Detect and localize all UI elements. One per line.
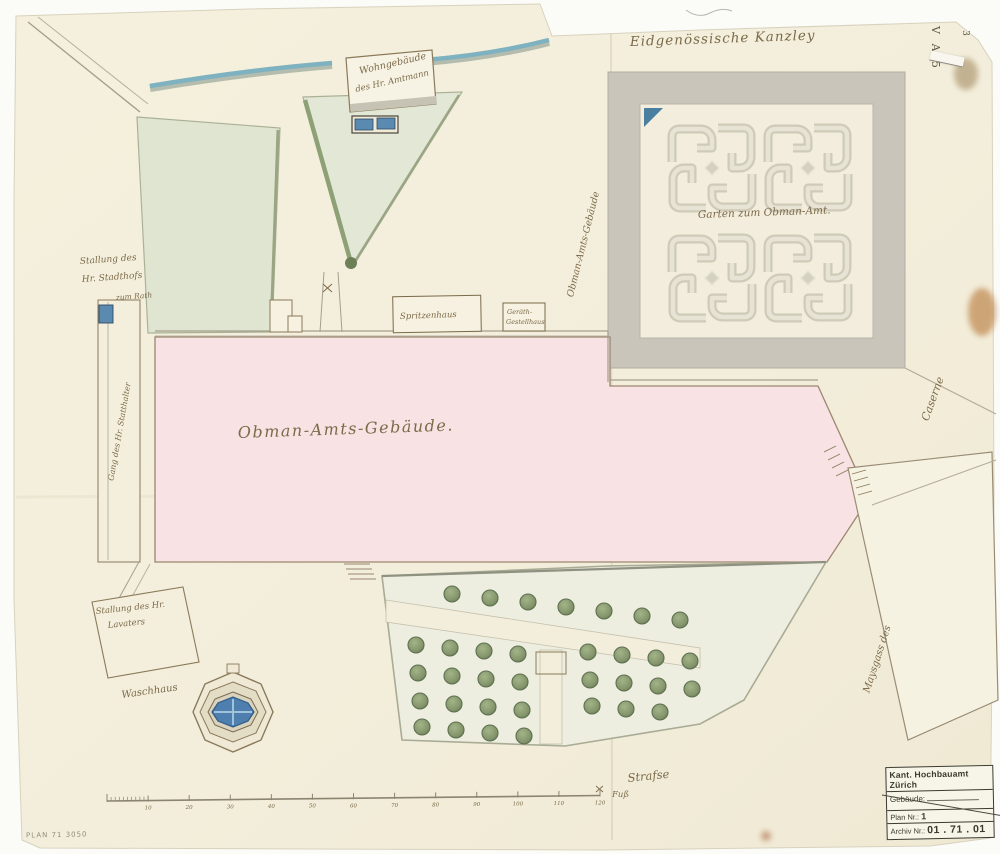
stamp-plan-label: Plan Nr.: xyxy=(890,812,919,822)
tree xyxy=(616,675,632,691)
tree xyxy=(516,728,532,744)
tree xyxy=(684,681,700,697)
archive-stamp: Kant. Hochbauamt Zürich Gebäude: Plan Nr… xyxy=(885,765,995,840)
tree xyxy=(414,719,430,735)
tree xyxy=(478,671,494,687)
tree xyxy=(618,701,634,717)
tree xyxy=(442,640,458,656)
scale-tick-label: 60 xyxy=(350,803,357,809)
stamp-office: Kant. Hochbauamt Zürich xyxy=(886,766,992,792)
tree xyxy=(444,586,460,602)
tree xyxy=(648,650,664,666)
label-geraethaus-line2: Gestellhaus xyxy=(506,318,545,326)
tree xyxy=(412,693,428,709)
tree xyxy=(582,672,598,688)
scale-tick-label: 20 xyxy=(185,805,193,811)
tree xyxy=(448,722,464,738)
scale-tick-label: 110 xyxy=(554,801,565,807)
tree xyxy=(672,612,688,628)
green-parcel-left xyxy=(137,117,280,333)
scale-tick-label: 120 xyxy=(595,801,606,807)
tree xyxy=(514,702,530,718)
tree xyxy=(682,653,698,669)
tree xyxy=(480,699,496,715)
scale-tick-label: 30 xyxy=(227,805,234,811)
stamp-archiv-label: Archiv Nr.: xyxy=(891,826,926,836)
tree xyxy=(558,599,574,615)
scale-tick-label: 10 xyxy=(145,806,152,812)
tree xyxy=(510,646,526,662)
scale-tick-label: 100 xyxy=(513,801,524,807)
tree xyxy=(652,704,668,720)
scale-unit-label: Fuß xyxy=(611,790,629,800)
lavater-stable xyxy=(92,587,199,678)
archive-corner-mark: V A 5 3 xyxy=(936,26,970,74)
scale-tick-label: 40 xyxy=(267,804,275,810)
corridor-water-basin xyxy=(99,305,113,323)
tree xyxy=(580,644,596,660)
tree xyxy=(482,590,498,606)
tree xyxy=(520,594,536,610)
tree xyxy=(634,608,650,624)
stamp-building-blank xyxy=(927,792,979,801)
label-spritzenhaus: Spritzenhaus xyxy=(400,310,458,322)
stain-bottom xyxy=(761,831,771,841)
pencil-inventory-note: PLAN 71 3050 xyxy=(26,830,88,839)
tree xyxy=(482,725,498,741)
tree xyxy=(596,603,612,619)
tree xyxy=(446,696,462,712)
stamp-building-label: Gebäude: xyxy=(890,794,925,804)
pencil-squiggle xyxy=(686,9,732,15)
tree xyxy=(650,678,666,694)
stain-right-edge xyxy=(968,288,996,336)
tree xyxy=(476,643,492,659)
tree xyxy=(444,668,460,684)
pond-basin-left xyxy=(355,119,373,130)
plan-drawing: Wohngebäude des Hr. Amtmann Eidgenössisc… xyxy=(0,0,1000,854)
scanned-site-plan: Wohngebäude des Hr. Amtmann Eidgenössisc… xyxy=(0,0,1000,854)
tree xyxy=(512,674,528,690)
tree xyxy=(410,665,426,681)
tree xyxy=(408,637,424,653)
archive-corner-mark-text: V A 5 xyxy=(929,26,942,71)
scale-tick-label: 90 xyxy=(473,802,480,808)
stamp-plan-value: 1 xyxy=(921,811,926,821)
label-geraethaus-line1: Geräth- xyxy=(507,308,532,316)
tree xyxy=(584,698,600,714)
stamp-archiv-value: 01 . 71 . 01 xyxy=(927,823,986,836)
tree xyxy=(614,647,630,663)
scale-tick-label: 80 xyxy=(432,802,439,808)
scale-tick-label: 70 xyxy=(391,803,398,809)
archive-corner-mark-small: 3 xyxy=(960,30,970,36)
scale-tick-label: 50 xyxy=(309,804,316,810)
ornamental-garden xyxy=(608,72,905,368)
pond-basin-right xyxy=(377,118,395,129)
